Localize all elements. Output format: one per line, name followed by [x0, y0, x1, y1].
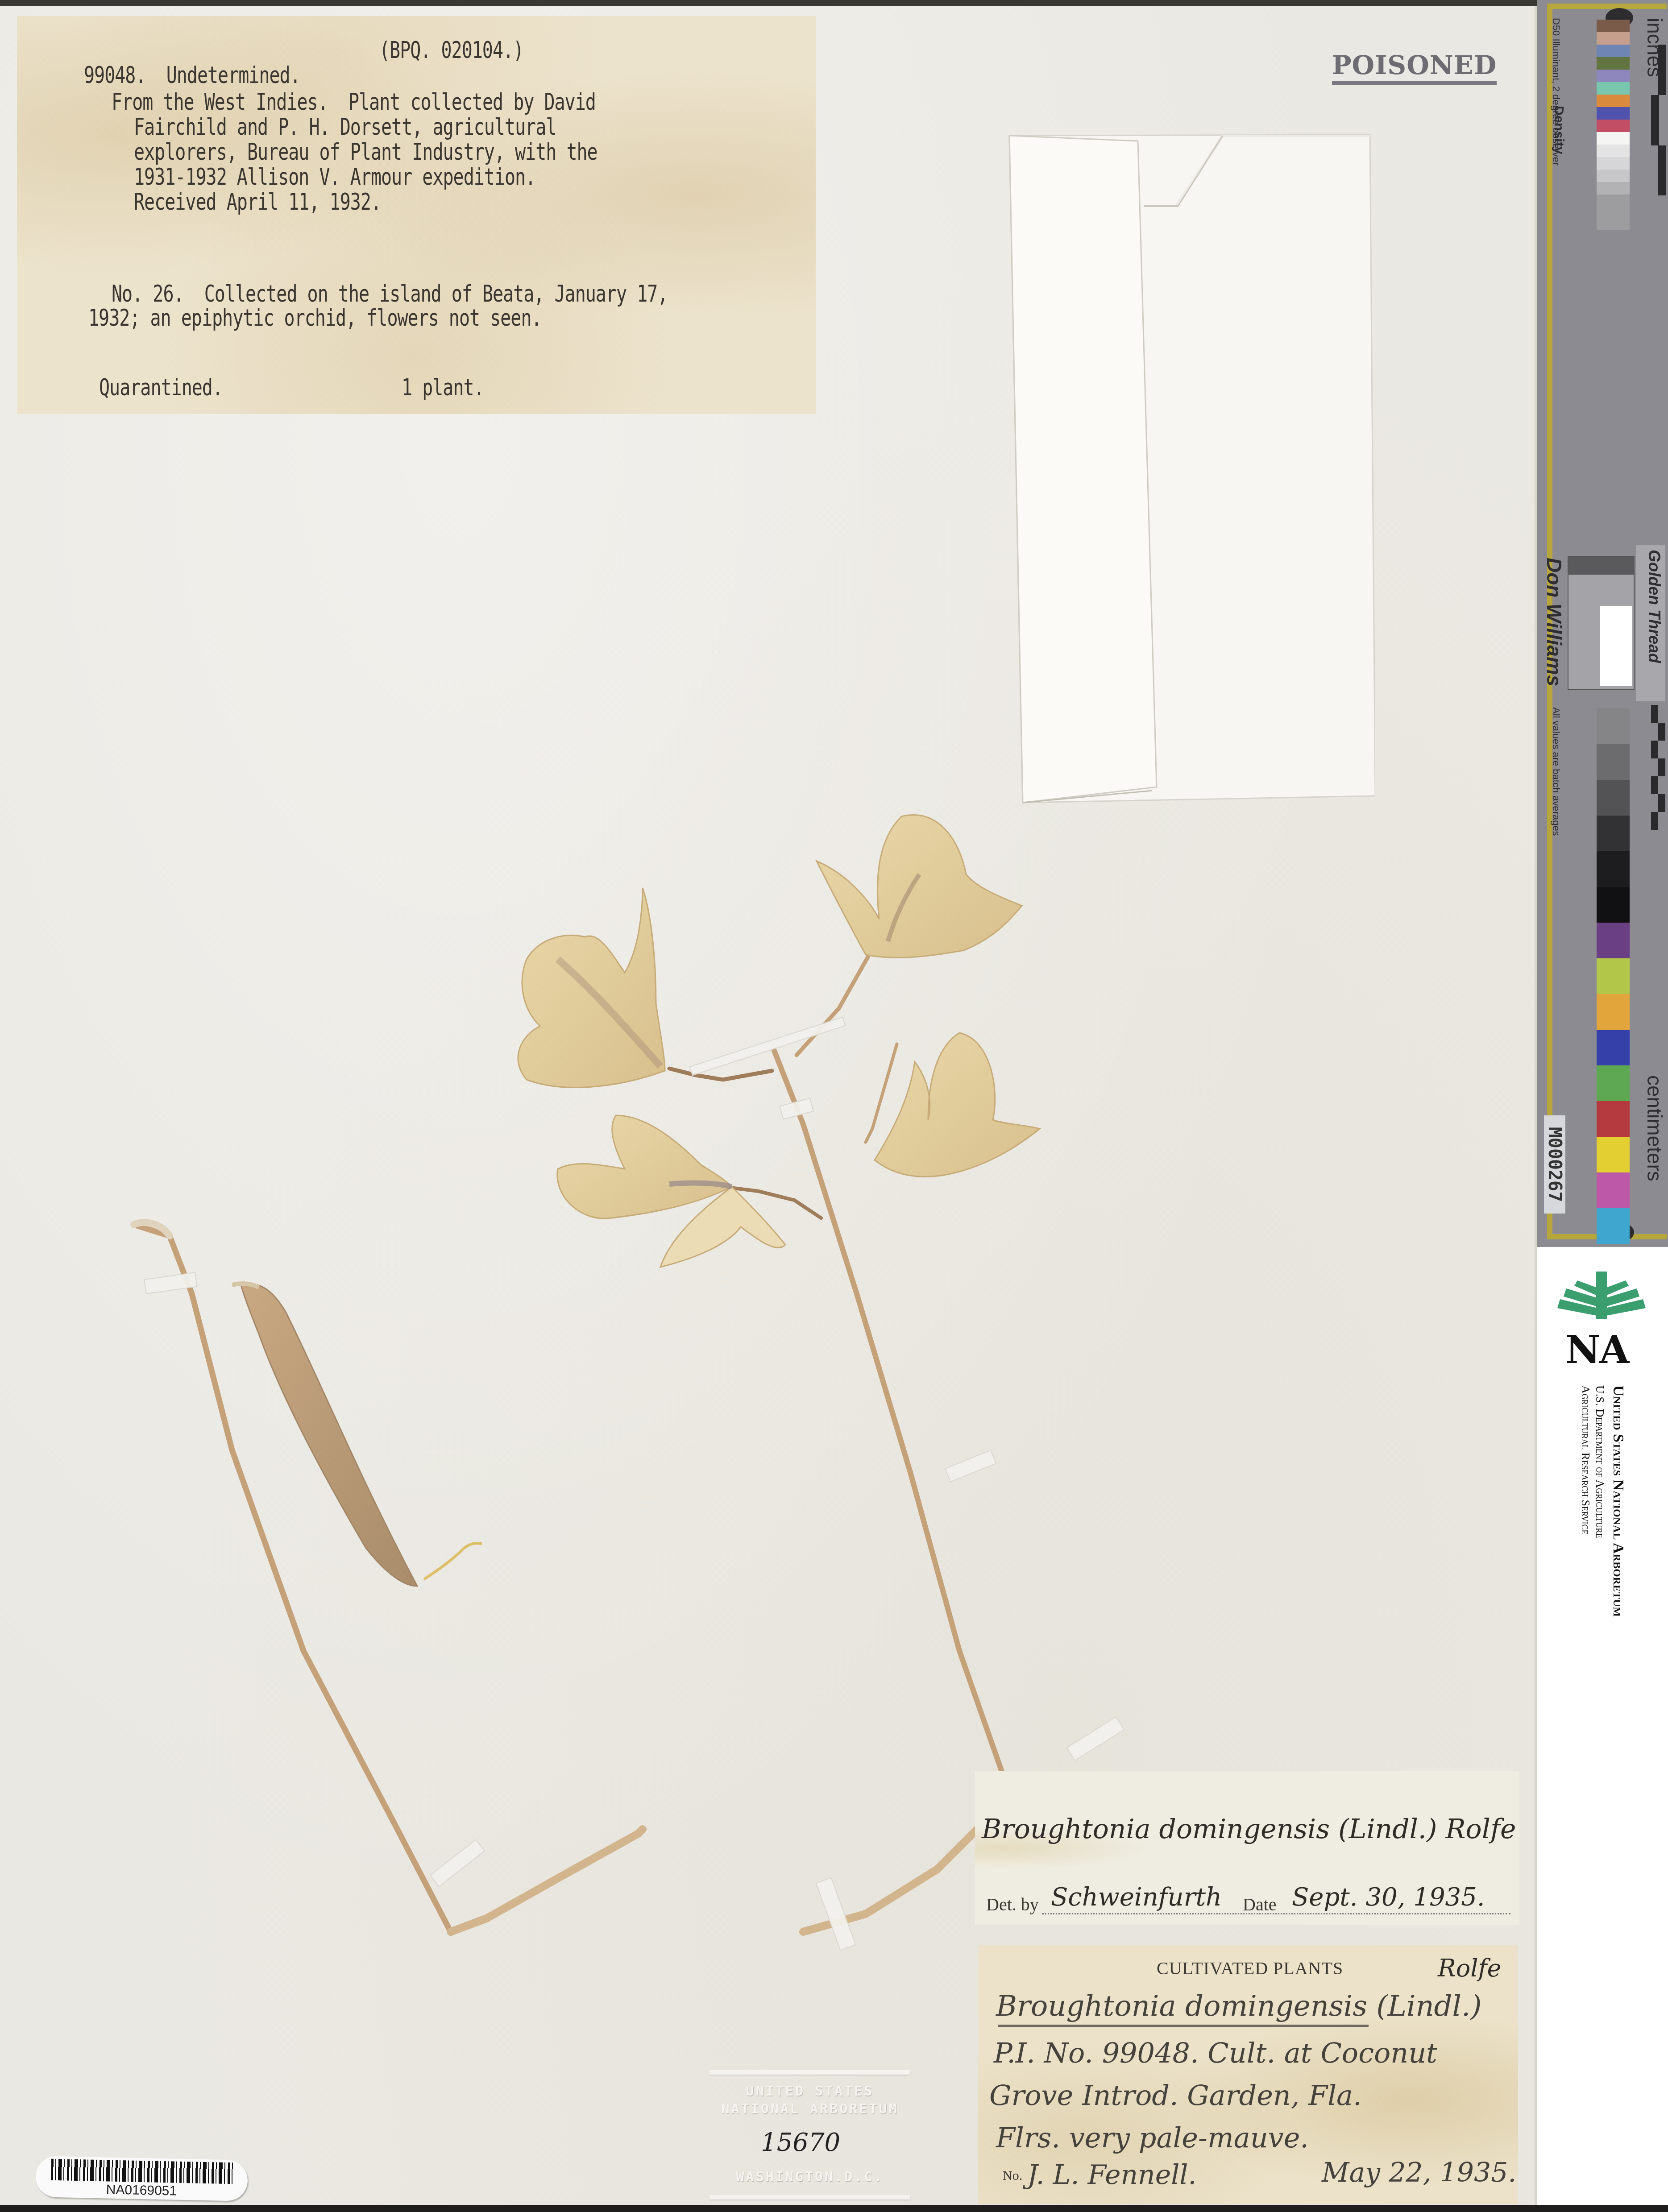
- cult-taxon: Broughtonia domingensis (Lindl.): [996, 1990, 1481, 2023]
- institution-name: United States National Arboretum: [1610, 1385, 1627, 1617]
- color-patch-17: [1597, 744, 1630, 780]
- golden-thread-tab: Golden Thread: [1636, 545, 1665, 701]
- specimen-barcode[interactable]: NA0169051: [35, 2156, 248, 2201]
- det-date: Sept. 30, 1935.: [1292, 1883, 1485, 1912]
- density-label: Density: [1551, 106, 1566, 154]
- cult-header: CULTIVATED PLANTS: [1157, 1958, 1343, 1979]
- color-patch-25: [1597, 1030, 1630, 1065]
- color-patch-26: [1597, 1065, 1630, 1101]
- target-dark-band: [1568, 557, 1635, 575]
- barcode-bars: [51, 2159, 234, 2184]
- catalog-number-tag: M000267: [1544, 1115, 1565, 1214]
- cult-collector: J. L. Fennell.: [1027, 2159, 1197, 2191]
- resolution-target: [1568, 556, 1635, 690]
- na-logo-letters: NA: [1565, 1327, 1628, 1372]
- color-patch-29: [1597, 1172, 1630, 1208]
- institution-department: U.S. Department of Agriculture: [1593, 1385, 1606, 1538]
- color-patch-23: [1597, 958, 1630, 994]
- ruler-cm-block: [1651, 705, 1658, 723]
- scan-edge-bottom: [0, 2205, 1668, 2212]
- color-patch-28: [1597, 1137, 1630, 1172]
- color-patch-20: [1597, 851, 1630, 887]
- color-patch-15: [1597, 195, 1630, 230]
- emboss-line-3: WASHINGTON.D.C.: [710, 2169, 910, 2185]
- det-dotted-line: [1042, 1913, 1510, 1914]
- cultivated-plants-label: CULTIVATED PLANTS Rolfe Broughtonia domi…: [978, 1945, 1518, 2204]
- ruler-cm-block: [1651, 776, 1658, 794]
- ruler-cm-block: [1651, 741, 1658, 758]
- color-patch-18: [1597, 780, 1630, 816]
- ruler-cm-block: [1651, 812, 1658, 830]
- arboretum-leaf-logo-icon: [1557, 1272, 1647, 1321]
- ruler-cm-block: [1658, 794, 1665, 812]
- emboss-rule-bottom: [710, 2195, 910, 2200]
- color-patch-21: [1597, 887, 1630, 923]
- accession-number: 15670: [761, 2128, 840, 2157]
- cult-line-3: Flrs. very pale-mauve.: [996, 2121, 1309, 2154]
- emboss-line-2: NATIONAL ARBORETUM: [710, 2101, 910, 2117]
- emboss-line-1: UNITED STATES: [710, 2084, 910, 2099]
- cult-line-1: P.I. No. 99048. Cult. at Coconut: [994, 2037, 1437, 2069]
- emboss-rule-top: [710, 2070, 910, 2075]
- barcode-number: NA0169051: [35, 2181, 248, 2200]
- color-patch-24: [1597, 994, 1630, 1030]
- cult-line-2: Grove Introd. Garden, Fla.: [989, 2079, 1362, 2112]
- brand-don-williams: Don Williams: [1542, 558, 1566, 686]
- ruler-cm-block: [1658, 723, 1665, 741]
- color-patch-19: [1597, 816, 1630, 851]
- cult-date: May 22, 1935.: [1322, 2157, 1516, 2188]
- units-centimeters: centimeters: [1643, 1075, 1667, 1181]
- color-patch-16: [1597, 708, 1630, 744]
- det-taxon: Broughtonia domingensis (Lindl.) Rolfe: [982, 1814, 1516, 1845]
- cult-author-note: Rolfe: [1438, 1954, 1501, 1982]
- batch-note: All values are batch averages: [1550, 707, 1562, 836]
- brand-golden-thread: Golden Thread: [1645, 550, 1664, 663]
- color-patch-30: [1597, 1208, 1630, 1244]
- det-date-label: Date: [1243, 1894, 1277, 1915]
- taxon-underline: [998, 2025, 1369, 2027]
- ruler-inch-block: [1658, 45, 1666, 95]
- cult-no-label: No.: [1003, 2168, 1022, 2183]
- institution-service: Agricultural Research Service: [1579, 1385, 1592, 1534]
- ruler-cm-block: [1658, 758, 1665, 776]
- det-by-name: Schweinfurth: [1051, 1883, 1222, 1912]
- resolution-bars: [1600, 606, 1632, 686]
- ruler-inch-block: [1651, 95, 1659, 145]
- color-patch-27: [1597, 1101, 1630, 1137]
- determination-label: Broughtonia domingensis (Lindl.) Rolfe D…: [975, 1771, 1519, 1925]
- color-patch-22: [1597, 923, 1630, 958]
- catalog-number: M000267: [1544, 1127, 1565, 1202]
- det-by-label: Det. by: [986, 1894, 1039, 1915]
- ruler-inch-block: [1658, 145, 1666, 195]
